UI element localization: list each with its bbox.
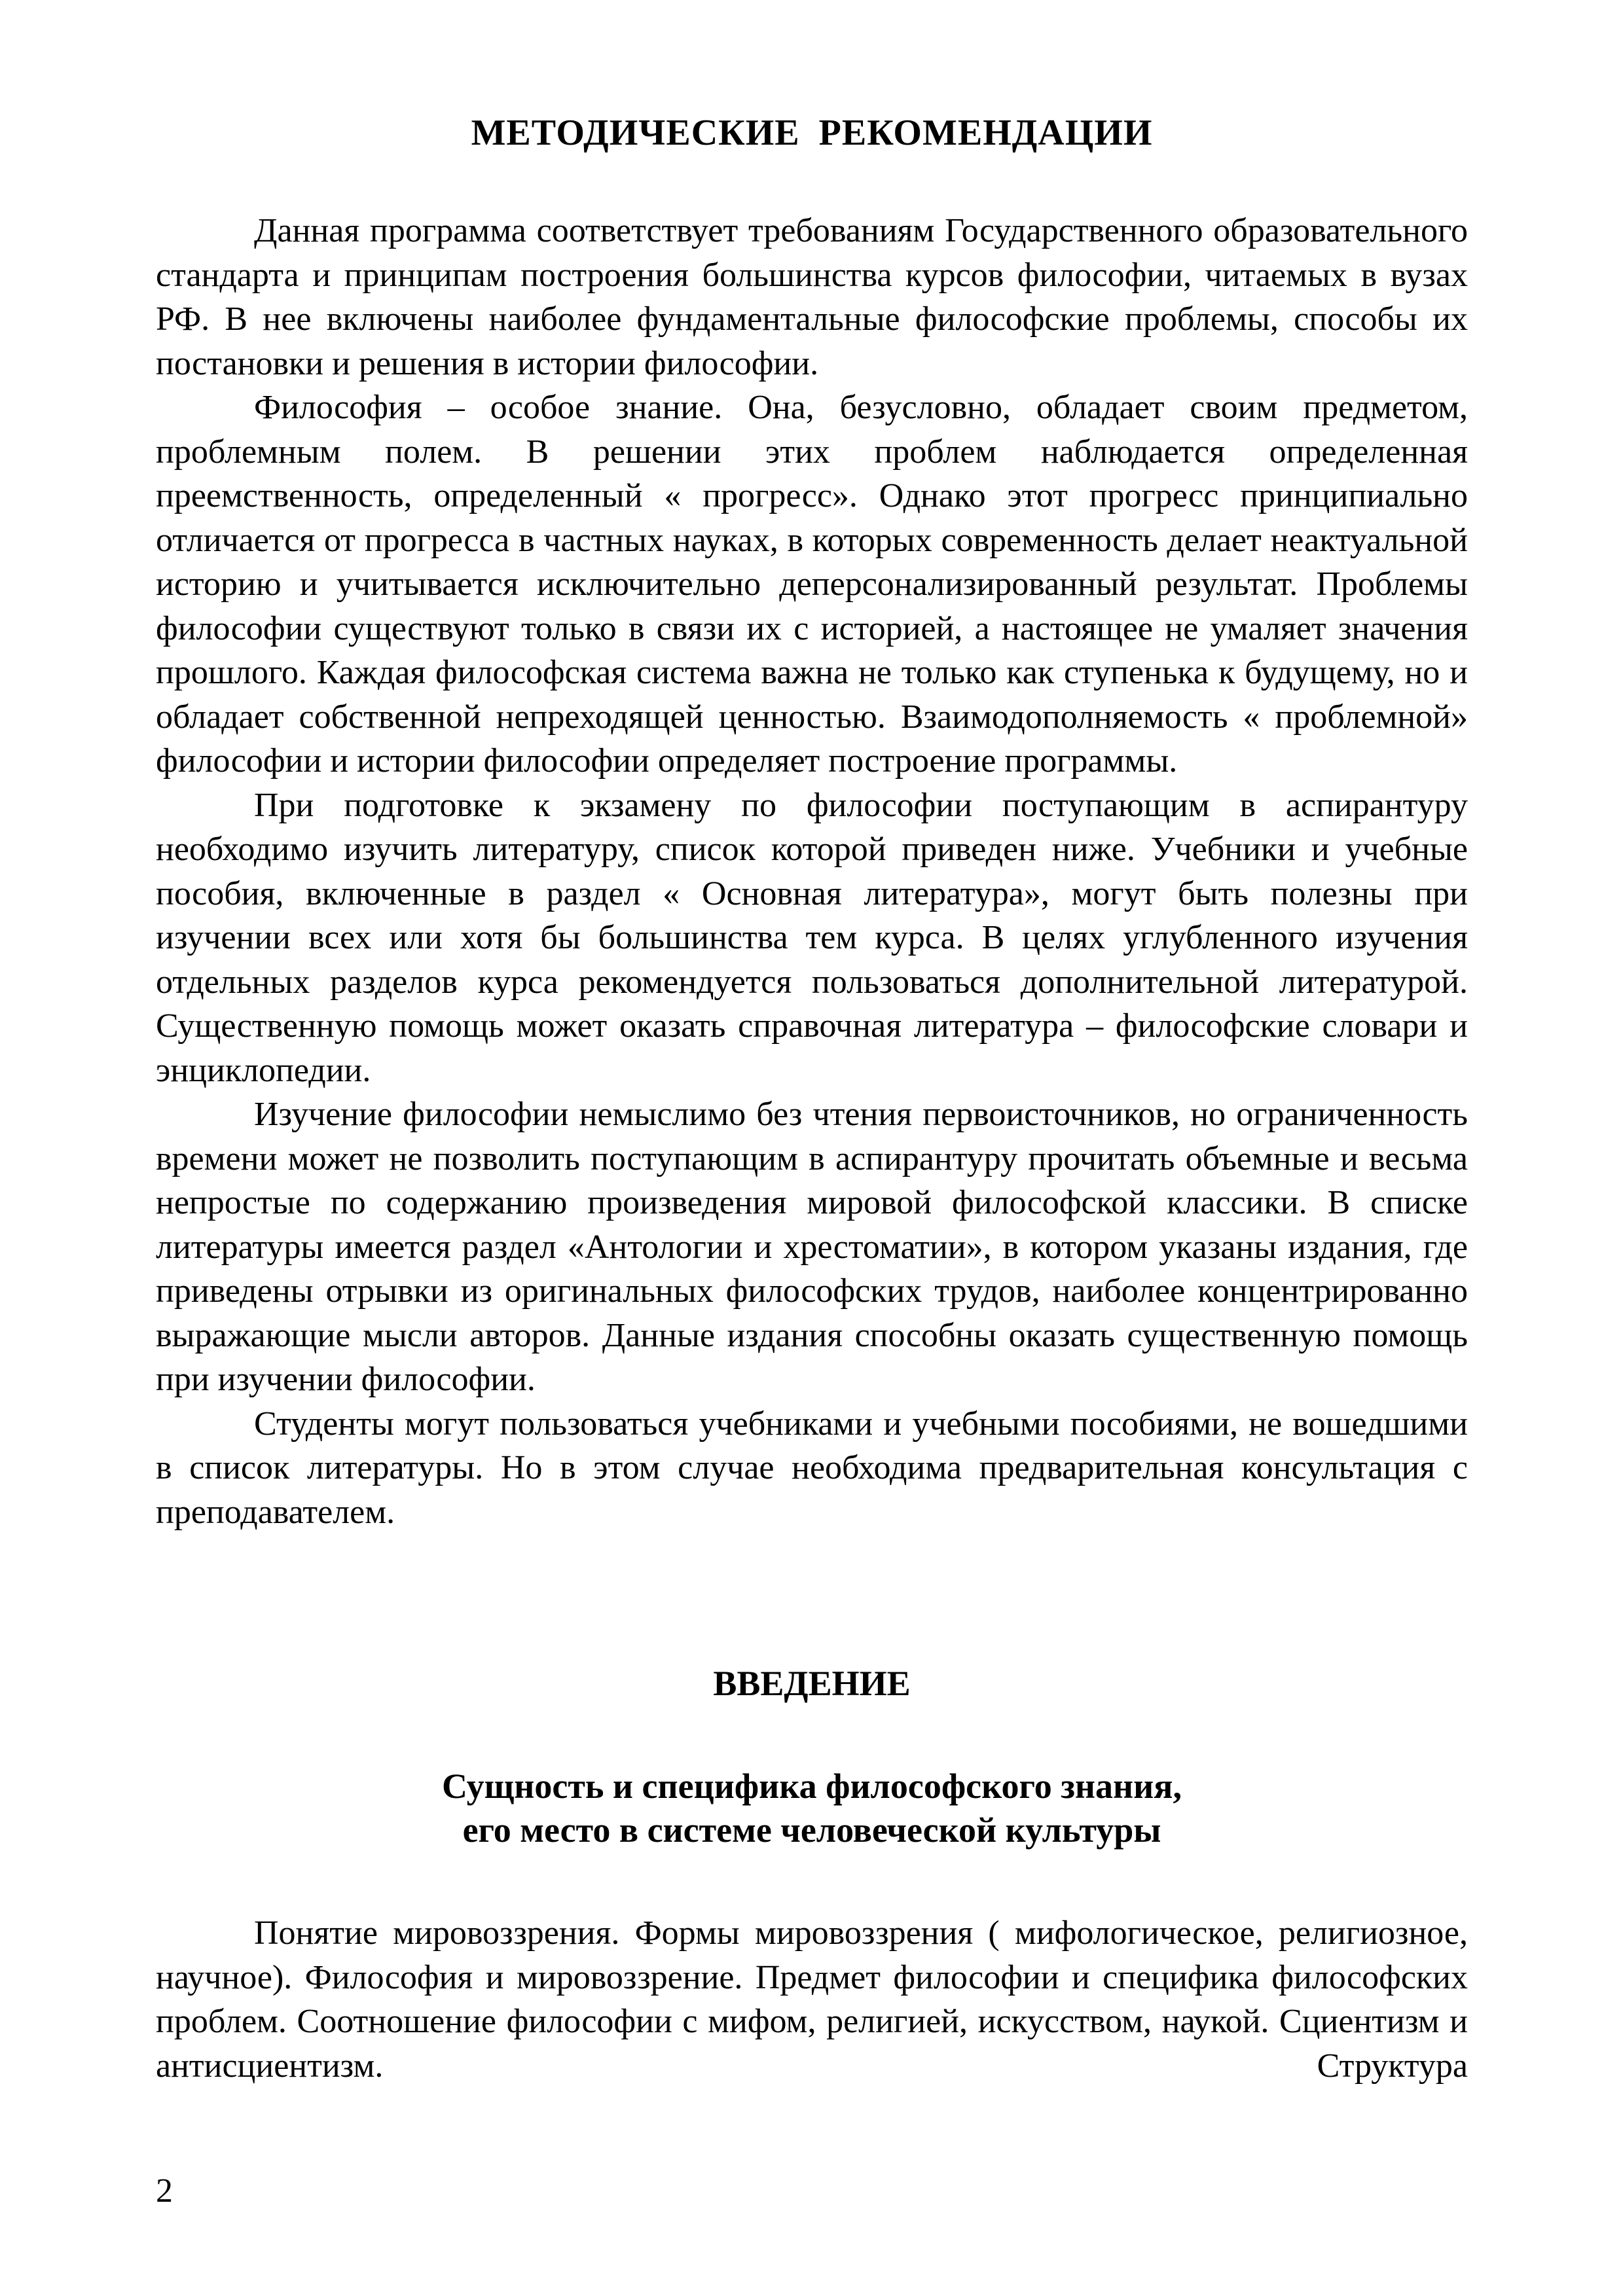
paragraph-primary-sources: Изучение философии немыслимо без чтения … [156, 1092, 1468, 1402]
paragraph-philosophy: Философия – особое знание. Она, безуслов… [156, 386, 1468, 783]
paragraph-intro: Данная программа соответствует требовани… [156, 209, 1468, 386]
paragraph-worldview: Понятие мировоззрения. Формы мировоззрен… [156, 1911, 1468, 2088]
section-subtitle-line-2: его место в системе человеческой культур… [156, 1808, 1468, 1852]
page-number: 2 [156, 2172, 173, 2211]
spacer [156, 155, 1468, 209]
paragraph-exam-preparation: При подготовке к экзамену по философии п… [156, 783, 1468, 1093]
spacer [156, 1852, 1468, 1911]
spacer [156, 1706, 1468, 1765]
section-title: ВВЕДЕНИЕ [156, 1662, 1468, 1706]
document-page: МЕТОДИЧЕСКИЕ РЕКОМЕНДАЦИИ Данная програм… [156, 111, 1468, 2088]
page-heading: МЕТОДИЧЕСКИЕ РЕКОМЕНДАЦИИ [156, 111, 1468, 155]
spacer [156, 1534, 1468, 1662]
section-subtitle-line-1: Сущность и специфика философского знания… [156, 1765, 1468, 1808]
paragraph-students: Студенты могут пользоваться учебниками и… [156, 1402, 1468, 1535]
